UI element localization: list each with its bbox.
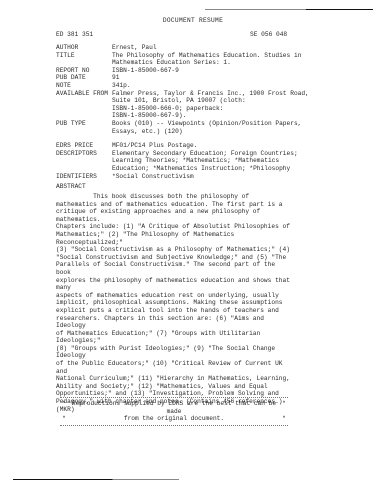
field-label: DESCRIPTORS	[56, 150, 112, 173]
field-value: MF01/PC14 Plus Postage.	[112, 142, 356, 150]
reproduction-notice: * Reproductions supplied by EDRS are the…	[60, 397, 288, 426]
notice-text-1: Reproductions supplied by EDRS are the b…	[68, 400, 280, 415]
asterisk-right: *	[280, 400, 288, 415]
clearinghouse-number: SE 056 048	[250, 31, 287, 39]
field-descriptors: DESCRIPTORS Elementary Secondary Educati…	[56, 150, 356, 173]
field-value: 91	[112, 74, 356, 82]
field-label: PUB TYPE	[56, 120, 112, 135]
field-note: NOTE 341p.	[56, 82, 356, 90]
top-rule	[205, 9, 373, 10]
notice-text-2: from the original document.	[68, 415, 280, 423]
asterisk-right: *	[280, 415, 288, 423]
field-value: Elementary Secondary Education; Foreign …	[112, 150, 356, 173]
field-value: The Philosophy of Mathematics Education.…	[112, 52, 356, 67]
field-value: Ernest, Paul	[112, 44, 356, 52]
field-edrs-price: EDRS PRICE MF01/PC14 Plus Postage.	[56, 142, 356, 150]
field-value: ISBN-1-85000-667-9	[112, 67, 356, 75]
asterisk-left: *	[60, 400, 68, 415]
notice-line-2: * from the original document. *	[60, 415, 288, 423]
field-author: AUTHOR Ernest, Paul	[56, 44, 356, 52]
field-value: *Social Constructivism	[112, 173, 356, 181]
asterisk-left: *	[60, 415, 68, 423]
notice-line-1: * Reproductions supplied by EDRS are the…	[60, 400, 288, 415]
field-label: EDRS PRICE	[56, 142, 112, 150]
field-value: Books (010) -- Viewpoints (Opinion/Posit…	[112, 120, 356, 135]
field-value: Falmer Press, Taylor & Francis Inc., 190…	[112, 90, 356, 120]
bottom-rule	[13, 479, 179, 480]
abstract-heading: ABSTRACT	[56, 183, 86, 191]
bibliographic-fields: AUTHOR Ernest, Paul TITLE The Philosophy…	[56, 44, 356, 180]
field-label: AUTHOR	[56, 44, 112, 52]
field-title: TITLE The Philosophy of Mathematics Educ…	[56, 52, 356, 67]
field-label: IDENTIFIERS	[56, 173, 112, 181]
field-pub-date: PUB DATE 91	[56, 74, 356, 82]
ed-number: ED 381 351	[56, 31, 93, 39]
field-label: TITLE	[56, 52, 112, 67]
field-label: PUB DATE	[56, 74, 112, 82]
field-pub-type: PUB TYPE Books (010) -- Viewpoints (Opin…	[56, 120, 356, 135]
document-title: DOCUMENT RESUME	[0, 17, 386, 25]
field-value: 341p.	[112, 82, 356, 90]
field-identifiers: IDENTIFIERS *Social Constructivism	[56, 173, 356, 181]
field-available-from: AVAILABLE FROM Falmer Press, Taylor & Fr…	[56, 90, 356, 120]
field-label: AVAILABLE FROM	[56, 90, 112, 120]
field-report-no: REPORT NO ISBN-1-85000-667-9	[56, 67, 356, 75]
abstract-text: This book discusses both the philosophy …	[56, 193, 292, 413]
field-label: REPORT NO	[56, 67, 112, 75]
field-label: NOTE	[56, 82, 112, 90]
